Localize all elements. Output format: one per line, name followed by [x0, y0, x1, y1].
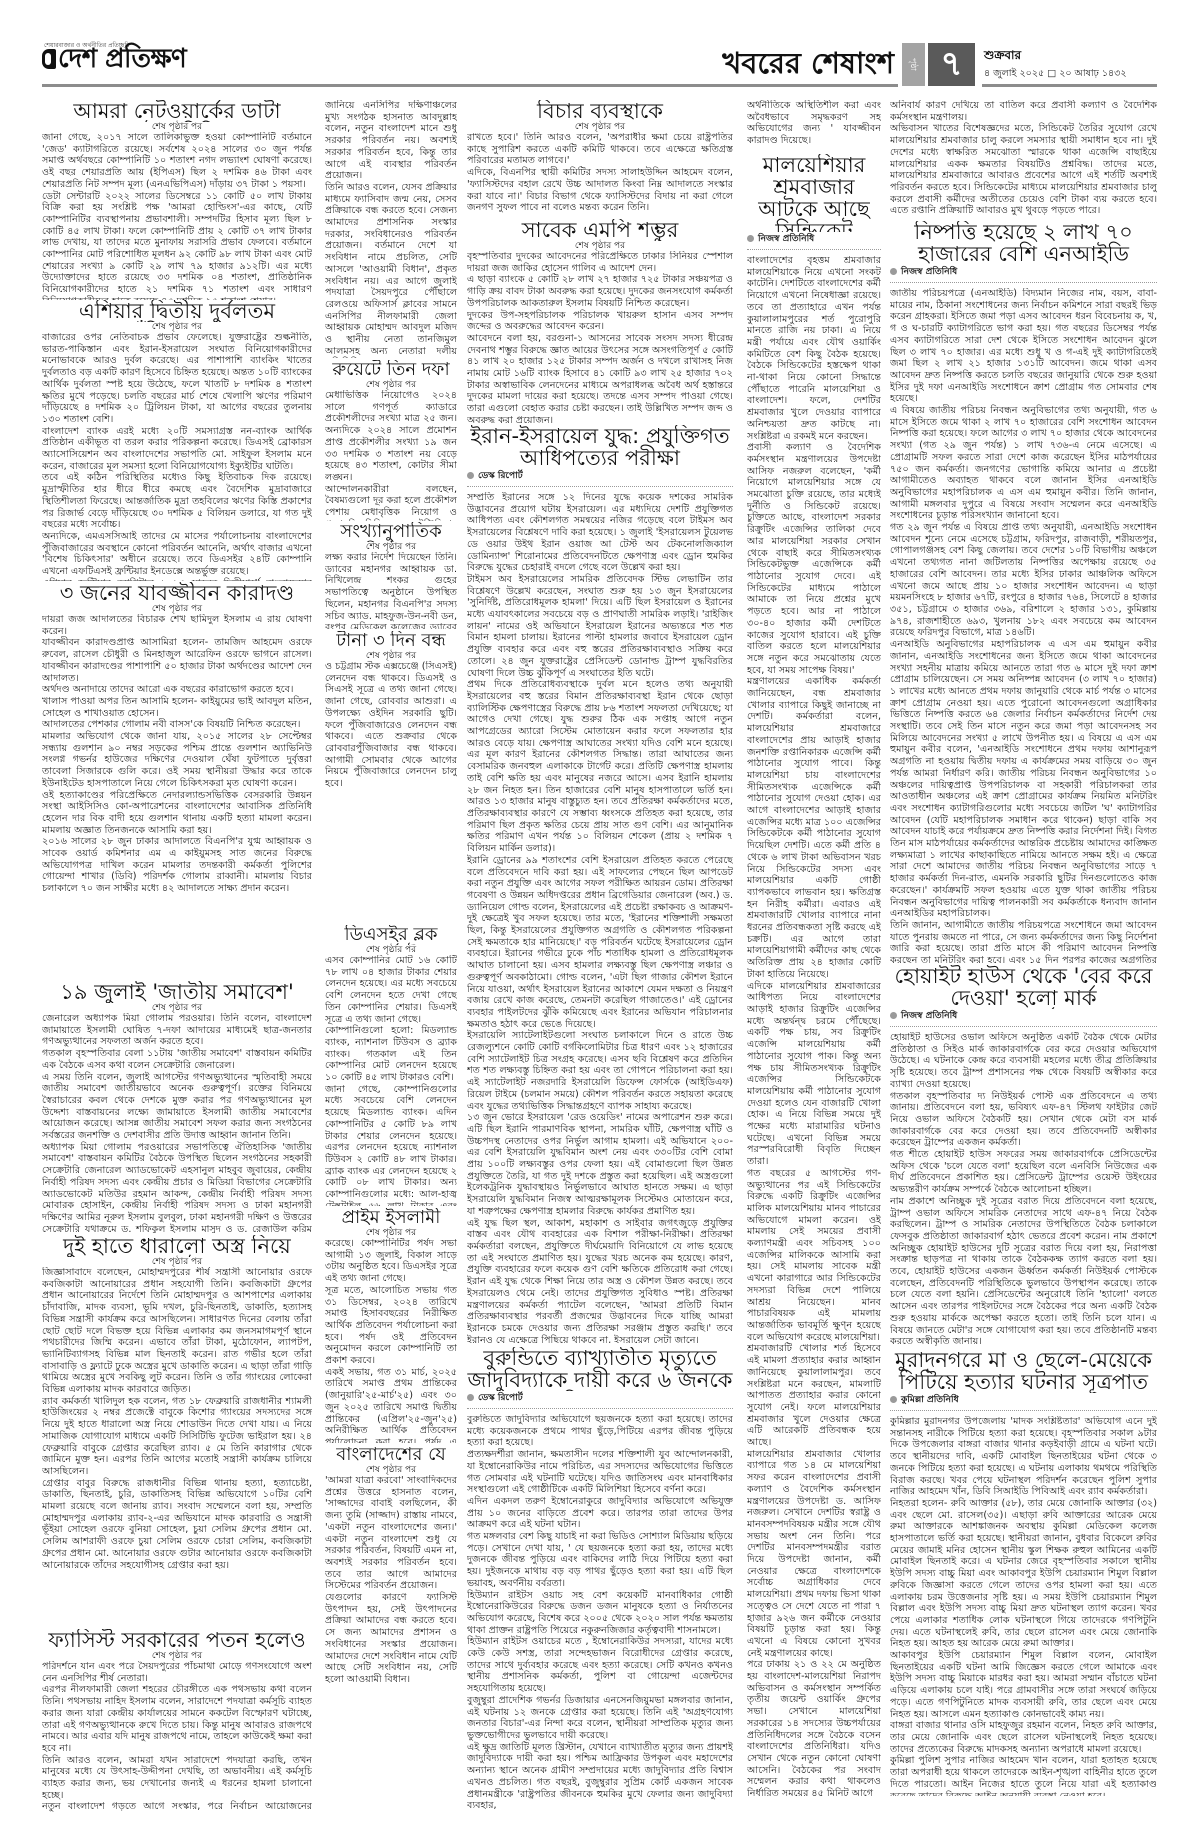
- paragraph: নতুন বাংলাদেশ গড়তে আগে সংস্কার, পরে নির…: [42, 1801, 312, 1814]
- paragraph: যাবজ্জীবন কারাদণ্ডপ্রাপ্ত আসামিরা হলেন- …: [42, 637, 312, 684]
- bullet-icon: [467, 472, 474, 479]
- bullet-icon: [890, 268, 897, 275]
- article-headline[interactable]: বুরুন্ডিতে ব্যাখ্যাতীত মৃত্যুতে জাদুবিদ্…: [467, 1347, 733, 1391]
- article-headline[interactable]: সংখ্যানুপাতিক নির্বাচন: [325, 522, 457, 542]
- article-headline[interactable]: প্রাইম ইসলামী লাইফ: [325, 1208, 457, 1228]
- paragraph: গ্রেপ্তার বাবুর বিরুদ্ধে রাজধানীর বিভিন্…: [42, 1478, 312, 1572]
- article-headline[interactable]: বাংলাদেশের যে: [325, 1445, 457, 1465]
- paragraph: গত ২৯ জুন পর্যন্ত এ বিষয়ে প্রাপ্ত তথ্য …: [890, 522, 1157, 639]
- article-headline[interactable]: দুই হাতে ধারালো অস্ত্র নিয়ে শোডাউন: [42, 1235, 312, 1257]
- article-body: জানা গেছে, ২০১৭ সালে তালিকাভুক্ত হওয়া ক…: [42, 132, 312, 300]
- paragraph: অধ্যাপক মিয়া গোলাম পরওয়ারের সভাপতিত্বে…: [42, 1142, 312, 1233]
- article-burundi-witchcraft: বুরুন্ডিতে ব্যাখ্যাতীত মৃত্যুতে জাদুবিদ্…: [467, 1347, 733, 1813]
- byline-text: নিজস্ব প্রতিনিধি: [901, 267, 957, 277]
- article-prime-islami-life: প্রাইম ইসলামী লাইফ শেষ পৃষ্ঠার পর করেছে।…: [325, 1208, 457, 1443]
- continued-from-label: শেষ পৃষ্ঠার পর: [325, 1465, 457, 1475]
- article-zuckerberg-white-house: হোয়াইট হাউস থেকে 'বের করে দেওয়া' হলো ম…: [890, 965, 1157, 1346]
- paragraph: এদিন একদল তরুণ ইম্বোনেরাকুরে জাদুবিদ্যার…: [467, 1496, 733, 1531]
- paragraph: এ সময় তিনি বলেন, জুলাই আগস্টের গণঅভ্যুত…: [42, 1072, 312, 1142]
- paragraph: ইসরায়েলি স্যাটেলাইটগুলো সংঘাত চলাকালে দ…: [467, 1030, 733, 1112]
- paragraph: এনআইডি অনুবিভাগের মহাপরিচালক এ এস এম হুম…: [890, 639, 1157, 920]
- continued-from-label: শেষ পৃষ্ঠার পর: [325, 651, 457, 661]
- paragraph: লক্ষ্য করার নির্দেশ দিয়েছেন তিনি। ড্যাব…: [325, 552, 457, 629]
- article-headline[interactable]: ডিএসইর ব্লক মার্কেটে: [325, 925, 457, 945]
- paragraph: একই সভায়, গত ৩১ মার্চ, ২০২৫ তারিখে সমাপ…: [325, 1367, 457, 1443]
- paragraph: এ বিষয়ে জাতীয় পরিচয় নিবন্ধন অনুবিভাগে…: [890, 405, 1157, 522]
- page-label-badge: পৃষ্ঠা: [902, 43, 925, 86]
- article-dse-block-market: ডিএসইর ব্লক মার্কেটে শেষ পৃষ্ঠার পর এসব …: [325, 925, 457, 1206]
- byline-text: নিজস্ব প্রতিনিধি: [758, 234, 814, 244]
- article-nid-applications: নিষ্পত্তি হয়েছে ২ লাখ ৭০ হাজারের বেশি এ…: [890, 221, 1157, 963]
- paragraph: কোম্পানিগুলো হলো: মিডল্যান্ড ব্যাংক, ন্য…: [325, 1025, 457, 1084]
- continued-from-label: শেষ পৃষ্ঠার পর: [42, 1651, 312, 1661]
- article-continuation-ncp: জানিয়ে এনসিপির দক্ষিণাঞ্চলের মুখ্য সংগঠ…: [325, 100, 457, 358]
- continued-from-label: শেষ পৃষ্ঠার পর: [325, 542, 457, 552]
- paragraph: বৃহস্পতিবার দুদকের আবেদনের পরিপ্রেক্ষিতে…: [467, 251, 733, 274]
- paragraph: এশিয়ান ফ্রন্টিয়ার ক্যাপিটাল ২০২৫ সালের…: [42, 578, 312, 581]
- bullet-icon: [467, 1394, 474, 1401]
- article-body: জেনারেল অধ্যাপক মিয়া গোলাম পরওয়ার। তিন…: [42, 1013, 312, 1233]
- article-malaysia-labour-market: মালয়েশিয়ার শ্রমবাজার আটকে আছে সিন্ডিকে…: [747, 154, 881, 1813]
- byline: নিজস্ব প্রতিনিধি: [890, 265, 1157, 283]
- paragraph: কুমিল্লা পুলিশ সুপার নাজির আহমেদ খান বলে…: [890, 1755, 1157, 1796]
- continued-from-label: শেষ পৃষ্ঠার পর: [42, 322, 312, 332]
- article-iran-israel-war: ইরান-ইসরায়েল যুদ্ধ: প্রযুক্তিগত আধিপত্য…: [467, 425, 733, 1343]
- article-weapon-showdown: দুই হাতে ধারালো অস্ত্র নিয়ে শোডাউন শেষ …: [42, 1235, 312, 1627]
- continued-from-label: শেষ পৃষ্ঠার পর: [42, 122, 312, 132]
- paragraph: অর্থদণ্ড অনাদায়ে তাদের আরো এক বছরের কার…: [42, 684, 312, 696]
- paragraph: র‍্যাব কর্মকর্তা খালিদুল হক বলেন, গত ১৮ …: [42, 1396, 312, 1478]
- paragraph: পরে ঢাকায় ২১ ও ২২ মে অনুষ্ঠিত হয় বাংলা…: [747, 1659, 881, 1799]
- article-headline[interactable]: ইরান-ইসরায়েল যুদ্ধ: প্রযুক্তিগত আধিপত্য…: [467, 425, 733, 469]
- paragraph: তবে এই কঠিন পরিস্থিতির মধ্যেও কিছু ইতিবা…: [42, 472, 312, 531]
- article-body: রাখতে হবে।' তিনি আরও বলেন, 'অপরাধীর ক্ষম…: [467, 132, 733, 217]
- article-ruet-three-demands: রুয়েটে তিন দফা শেষ পৃষ্ঠার পর মেধাভিত্ত…: [325, 360, 457, 521]
- article-body: এসব কোম্পানির মোট ১৬ কোটি ৭৮ লাখ ০৪ হাজা…: [325, 955, 457, 1206]
- paragraph: রাখতে হবে।' তিনি আরও বলেন, 'অপরাধীর ক্ষম…: [467, 132, 733, 167]
- article-fascist-govt-fall: ফ্যাসিস্ট সরকারের পতন হলেও শেষ পৃষ্ঠার প…: [42, 1629, 312, 1814]
- logo-emblem-icon: [42, 49, 56, 69]
- article-body: বৃহস্পতিবার দুদকের আবেদনের পরিপ্রেক্ষিতে…: [467, 251, 733, 423]
- paragraph: এরপর নীলফামারী জেলা শহরের চৌরঙ্গীতে এক প…: [42, 1684, 312, 1754]
- article-headline[interactable]: ১৯ জুলাই 'জাতীয় সমাবেশ' সফল: [42, 981, 312, 1003]
- article-body: লক্ষ্য করার নির্দেশ দিয়েছেন তিনি। ড্যাব…: [325, 552, 457, 629]
- continued-from-label: শেষ পৃষ্ঠার পর: [325, 380, 457, 390]
- newspaper-page: শেয়ারবাজার ও অর্থনীতির প্রতিচ্ছবি দেশ প…: [0, 0, 1200, 1843]
- paragraph: অনিবার্য কারণ দেখিয়ে তা বাতিল করে প্রবা…: [890, 100, 1157, 123]
- article-headline[interactable]: সাবেক এমপি শম্ভুর: [467, 219, 733, 241]
- article-headline[interactable]: মুরাদনগরে মা ও ছেলে-মেয়েকে পিটিয়ে হত্য…: [890, 1349, 1157, 1393]
- paragraph: জাতীয় পরিচয়পত্রে (এনআইডি) বিদ্যমান নিজ…: [890, 288, 1157, 405]
- byline: ডেস্ক রিপোর্ট: [467, 469, 733, 487]
- paragraph: বুজুম্বুরা প্রাদেশিক গভর্নর ডিজায়ার এনস…: [467, 1695, 733, 1742]
- article-headline[interactable]: বিচার ব্যবস্থাকে: [467, 100, 733, 122]
- paragraph: বাজারের ওপর নেতিবাচক প্রভাব ফেলেছে। যুক্…: [42, 332, 312, 426]
- continued-from-label: শেষ পৃষ্ঠার পর: [325, 945, 457, 955]
- article-body: জানিয়ে এনসিপির দক্ষিণাঞ্চলের মুখ্য সংগঠ…: [325, 100, 457, 358]
- byline: নিজস্ব প্রতিনিধি: [747, 232, 881, 250]
- paragraph: ইরানি ড্রোনের ৯৯ শতাংশের বেশি ইসরায়েল প…: [467, 855, 733, 1031]
- article-asia-weak-market: এশিয়ার দ্বিতীয় দুর্বলতম পুঁজিবাজার শেষ…: [42, 300, 312, 581]
- paragraph: নিহতরা হলেন- রুবি আক্তার (৫৮), তার মেয়ে…: [890, 1498, 1157, 1650]
- paragraph: ওই হত্যাকাণ্ডের পরিপ্রেক্ষিতে নেদারল্যান…: [42, 790, 312, 837]
- paragraph: সম্প্রতি ইরানের সঙ্গে ১২ দিনের যুদ্ধে কয…: [467, 492, 733, 574]
- paragraph: সূত্র মতে, আলোচিত সভায় গত ৩১ ডিসেম্বর, …: [325, 1285, 457, 1367]
- paragraph: হিউম্যান রাইটস ওয়াচের মতে , ইম্বোনেরাকি…: [467, 1636, 733, 1695]
- paragraph: মেধাভিত্তিক নিয়োগেও ২০২৪ সালে গণপূর্ত ক…: [325, 390, 457, 484]
- issue-day: শুক্রবার: [984, 47, 1021, 67]
- paragraph: বাংলাদেশের বৃহত্তম শ্রমবাজার মালয়েশিয়া…: [747, 255, 881, 442]
- article-former-mp-shambhu: সাবেক এমপি শম্ভুর শেষ পৃষ্ঠার পর বৃহস্পত…: [467, 219, 733, 423]
- article-body: জাতীয় পরিচয়পত্রে (এনআইডি) বিদ্যমান নিজ…: [890, 288, 1157, 963]
- paragraph: দুদকের উপ-সহপরিচালক পরিচালক খায়রুল হাসা…: [467, 310, 733, 333]
- article-new-bangladesh: বাংলাদেশের যে শেষ পৃষ্ঠার পর 'আমরা যাত্র…: [325, 1445, 457, 1813]
- paragraph: আন্দোলনকারীরা বলছেন, বৈষম্যগুলো দূর করা …: [325, 484, 457, 521]
- article-market-closed-3-days: টানা ৩ দিন বন্ধ শেষ পৃষ্ঠার পর ও চট্টগ্র…: [325, 631, 457, 923]
- byline: ডেস্ক রিপোর্ট: [467, 1391, 733, 1409]
- paragraph: এদিকে, বিএনপির স্থায়ী কমিটির সদস্য সালা…: [467, 167, 733, 214]
- article-muradnagar-killing: মুরাদনগরে মা ও ছেলে-মেয়েকে পিটিয়ে হত্য…: [890, 1349, 1157, 1796]
- paragraph: করেছে। কোম্পানিটির পর্ষদ সভা আগামী ১৩ জু…: [325, 1238, 457, 1285]
- issue-date: ৪ জুলাই ২০২৫ □ ২০ আষাঢ় ১৪৩২: [984, 67, 1127, 82]
- bullet-icon: [890, 1012, 897, 1019]
- bullet-icon: [890, 1396, 897, 1403]
- paragraph: এদিকে মালয়েশিয়ার শ্রমবাজারের আধিপত্য ন…: [747, 981, 881, 1168]
- paragraph: হোয়াইট হাউসের ওভাল অফিসে অনুষ্ঠিত একটি …: [890, 1032, 1157, 1091]
- paragraph: আকাবপুর ইউপি চেয়ারম্যান শিমুল বিল্লাল ব…: [890, 1650, 1157, 1720]
- article-body: অনিবার্য কারণ দেখিয়ে তা বাতিল করে প্রবা…: [890, 100, 1157, 218]
- article-data-center-sale: আমরা নেটওয়ার্কের ডাটা সেন্টার বিক্রির শ…: [42, 100, 312, 300]
- paragraph: যেগুলোর কারণে ফ্যাসিস্ট উৎপাদন হয়, সেই …: [325, 1592, 457, 1686]
- paragraph: জানা গেছে, কোম্পানিগুলোর মধ্যে সবচেয়ে ব…: [325, 1084, 457, 1206]
- byline-text: নিজস্ব প্রতিনিধি: [901, 1011, 957, 1021]
- continued-from-label: শেষ পৃষ্ঠার পর: [42, 604, 312, 614]
- paragraph: মামলার অভিযোগ থেকে জানা যায়, ২০১৫ সালের…: [42, 731, 312, 790]
- paragraph: মন্ত্রণালয়ের একাধিক কর্মকর্তা জানিয়েছে…: [747, 676, 881, 980]
- paragraph: জানা গেছে, ২০১৭ সালে তালিকাভুক্ত হওয়া ক…: [42, 132, 312, 191]
- byline-text: ডেস্ক রিপোর্ট: [478, 471, 523, 481]
- continued-from-label: শেষ পৃষ্ঠার পর: [42, 1257, 312, 1267]
- article-national-rally: ১৯ জুলাই 'জাতীয় সমাবেশ' সফল শেষ পৃষ্ঠার…: [42, 981, 312, 1233]
- article-body: সম্প্রতি ইরানের সঙ্গে ১২ দিনের যুদ্ধে কয…: [467, 492, 733, 1343]
- paragraph: তিনি জানান, আগামীতে জাতীয় পরিচয়পত্রে স…: [890, 920, 1157, 963]
- article-headline[interactable]: টানা ৩ দিন বন্ধ: [325, 631, 457, 651]
- paragraph: আবেদনে বলা হয়, বরগুনা-১ আসনের সাবেক সংস…: [467, 333, 733, 423]
- article-judiciary: বিচার ব্যবস্থাকে শেষ পৃষ্ঠার পর রাখতে হব…: [467, 100, 733, 217]
- paragraph: অন্যদিকে, এমএসসিআই তাদের মে মাসের পর্যাল…: [42, 531, 312, 578]
- masthead-rule-left: [42, 84, 898, 87]
- article-body: মেধাভিত্তিক নিয়োগেও ২০২৪ সালে গণপূর্ত ক…: [325, 390, 457, 521]
- page-number-badge: ৭: [928, 43, 975, 86]
- byline: নিজস্ব প্রতিনিধি: [890, 1009, 1157, 1027]
- article-proportional-election: সংখ্যানুপাতিক নির্বাচন শেষ পৃষ্ঠার পর লক…: [325, 522, 457, 629]
- paragraph: অভিবাসন খাতের বিশেষজ্ঞদের মতে, সিন্ডিকেট…: [890, 123, 1157, 217]
- paragraph: বুরুন্ডিতে জাদুবিদ্যার অভিযোগে ছয়জনকে হ…: [467, 1414, 733, 1449]
- paragraph: গত বছরের ৫ আগস্টের গণ-অভ্যুত্থানের পর এই…: [747, 1168, 881, 1344]
- paragraph: তিনি আরও বলেন, আমরা যখন সারাদেশে পদযাত্র…: [42, 1755, 312, 1802]
- continued-from-label: শেষ পৃষ্ঠার পর: [467, 122, 733, 132]
- paragraph: গতকাল বৃহস্পতিবার বেলা ১১টায় 'জাতীয় সম…: [42, 1048, 312, 1071]
- article-headline[interactable]: আমরা নেটওয়ার্কের ডাটা সেন্টার বিক্রির: [42, 100, 312, 122]
- article-headline[interactable]: নিষ্পত্তি হয়েছে ২ লাখ ৭০ হাজারের বেশি এ…: [890, 221, 1157, 265]
- article-body: 'আমরা যাত্রা করবো' সাংবাদিকদের প্রশ্নের …: [325, 1475, 457, 1813]
- article-headline[interactable]: ৩ জনের যাবজ্জীবন কারাদণ্ড: [42, 582, 312, 604]
- byline: কুমিল্লা প্রতিনিধি: [890, 1393, 1157, 1411]
- article-continuation-sentence: অর্থনীতিকে অস্থিতিশীল করা এবং অবৈধভাবে স…: [747, 100, 881, 152]
- bullet-icon: [747, 235, 754, 242]
- paragraph: গত মঙ্গলবার বেশ কিছু যাচাই না করা ভিডিও …: [467, 1531, 733, 1590]
- continued-from-label: শেষ পৃষ্ঠার পর: [467, 241, 733, 251]
- newspaper-logo[interactable]: দেশ প্রতিক্ষণ: [42, 46, 186, 72]
- article-body: হোয়াইট হাউসের ওভাল অফিসে অনুষ্ঠিত একটি …: [890, 1032, 1157, 1346]
- article-body: বুরুন্ডিতে জাদুবিদ্যার অভিযোগে ছয়জনকে হ…: [467, 1414, 733, 1813]
- article-body: দায়রা জজ আদালতের বিচারক শেখ ছামিদুল ইসল…: [42, 614, 312, 979]
- paragraph: বাংলাদেশ ব্যাংক এরই মধ্যে ২০টি সমস্যাগ্র…: [42, 426, 312, 473]
- article-body: করেছে। কোম্পানিটির পর্ষদ সভা আগামী ১৩ জু…: [325, 1238, 457, 1443]
- paragraph: ২০১৬ সালের ২৮ জুন ঢাকার আদালতে বিএনপি'র …: [42, 836, 312, 895]
- paragraph: ১৩ জুন ভোরে ইসরায়েল 'রেড ওয়েডিং' নামের…: [467, 1112, 733, 1217]
- article-body: বাংলাদেশের বৃহত্তম শ্রমবাজার মালয়েশিয়া…: [747, 255, 881, 1813]
- article-headline[interactable]: হোয়াইট হাউস থেকে 'বের করে দেওয়া' হলো ম…: [890, 965, 1157, 1009]
- article-body: অর্থনীতিকে অস্থিতিশীল করা এবং অবৈধভাবে স…: [747, 100, 881, 152]
- paragraph: আদালতের পেশকার গোলাম নবী বাসস'কে বিষয়টি…: [42, 719, 312, 731]
- paragraph: এ ছাড়া ব্যাংকে ৫ কোটি ২৮ লাখ ২৭ হাজার ৭…: [467, 274, 733, 309]
- masthead-rule-right: [982, 84, 1157, 87]
- article-body: বাজারের ওপর নেতিবাচক প্রভাব ফেলেছে। যুক্…: [42, 332, 312, 581]
- logo-text: দেশ প্রতিক্ষণ: [58, 46, 186, 72]
- paragraph: গত শীতে হোয়াইট হাউস সফরের সময় জাকারবার…: [890, 1149, 1157, 1196]
- continued-from-label: শেষ পৃষ্ঠার পর: [42, 1003, 312, 1013]
- article-body: কুমিল্লার মুরাদনগর উপজেলায় 'মাদক সংশ্লি…: [890, 1416, 1157, 1796]
- article-body: ও চট্টগ্রাম স্টক এক্সচেঞ্জে (সিএসই) লেনদ…: [325, 661, 457, 923]
- article-continuation-migration: অনিবার্য কারণ দেখিয়ে তা বাতিল করে প্রবা…: [890, 100, 1157, 218]
- paragraph: পরিদর্শনে যান এবং পরে সৈয়দপুরের পাঁচমাথ…: [42, 1661, 312, 1684]
- paragraph: অর্থনীতিকে অস্থিতিশীল করা এবং অবৈধভাবে স…: [747, 100, 881, 147]
- continued-from-label: শেষ পৃষ্ঠার পর: [325, 1228, 457, 1238]
- article-body: পরিদর্শনে যান এবং পরে সৈয়দপুরের পাঁচমাথ…: [42, 1661, 312, 1814]
- paragraph: মালয়েশিয়ার শ্রমবাজার খোলার ব্যাপারে গত…: [747, 1449, 881, 1660]
- paragraph: প্রত্যক্ষদর্শীরা জানান, ক্ষমতাসীন দলের শ…: [467, 1449, 733, 1496]
- paragraph: জানিয়ে এনসিপির দক্ষিণাঞ্চলের মুখ্য সংগঠ…: [325, 100, 457, 182]
- byline-text: কুমিল্লা প্রতিনিধি: [901, 1395, 959, 1405]
- article-headline[interactable]: এশিয়ার দ্বিতীয় দুর্বলতম পুঁজিবাজার: [42, 300, 312, 322]
- paragraph: টাইমস অব ইসরায়েলের সামরিক প্রতিবেদক স্ট…: [467, 574, 733, 679]
- paragraph: প্রবাসী কল্যাণ ও বৈদেশিক কর্মসংস্থান মন্…: [747, 442, 881, 676]
- article-body: জিজ্ঞাসাবাদে বলেছেন, মোহাম্মদপুরের শীর্ষ…: [42, 1267, 312, 1627]
- article-headline[interactable]: ফ্যাসিস্ট সরকারের পতন হলেও: [42, 1629, 312, 1651]
- paragraph: এসব কোম্পানির মোট ১৬ কোটি ৭৮ লাখ ০৪ হাজা…: [325, 955, 457, 1025]
- paragraph: ও চট্টগ্রাম স্টক এক্সচেঞ্জে (সিএসই) লেনদ…: [325, 661, 457, 790]
- paragraph: কুমিল্লার মুরাদনগর উপজেলায় 'মাদক সংশ্লি…: [890, 1416, 1157, 1498]
- paragraph: জিজ্ঞাসাবাদে বলেছেন, মোহাম্মদপুরের শীর্ষ…: [42, 1267, 312, 1396]
- article-headline[interactable]: মালয়েশিয়ার শ্রমবাজার আটকে আছে সিন্ডিকে…: [747, 154, 881, 232]
- section-title: খবরের শেষাংশ: [722, 44, 894, 82]
- paragraph: গতকাল বৃহস্পতিবার দ্য নিউইয়র্ক পোস্ট এক…: [890, 1091, 1157, 1150]
- paragraph: খালাস পাওয়া অপর তিন আসামি হলেন- কাইয়ুম…: [42, 696, 312, 719]
- paragraph: হিউম্যান রাইটস ওয়াচ সহ বেশ কয়েকটি মানব…: [467, 1590, 733, 1637]
- paragraph: ডেটা সেন্টারটি ২০২২ সালের ডিসেম্বরে ১১ ক…: [42, 191, 312, 300]
- paragraph: দায়রা জজ আদালতের বিচারক শেখ ছামিদুল ইসল…: [42, 614, 312, 637]
- paragraph: জেনারেল অধ্যাপক মিয়া গোলাম পরওয়ার। তিন…: [42, 1013, 312, 1048]
- article-life-sentence: ৩ জনের যাবজ্জীবন কারাদণ্ড শেষ পৃষ্ঠার পর…: [42, 582, 312, 979]
- paragraph: প্রথম দিকে প্রতিরোধব্যবস্থাকে দুর্বল মনে…: [467, 679, 733, 855]
- paragraph: বাঙ্গরা বাজার থানার ওসি মাহফুজুর রহমান ব…: [890, 1720, 1157, 1755]
- article-headline[interactable]: রুয়েটে তিন দফা: [325, 360, 457, 380]
- paragraph: নাম প্রকাশে অনিচ্ছুক দুই সূত্রের বরাত দি…: [890, 1196, 1157, 1346]
- paragraph: শ্রমবাজারটি খোলার শর্ত হিসেবে এই মামলা প…: [747, 1343, 881, 1448]
- paragraph: 'আমরা যাত্রা করবো' সাংবাদিকদের প্রশ্নের …: [325, 1475, 457, 1592]
- paragraph: এই যুদ্ধ ছিল স্থল, আকাশ, মহাকাশ ও সাইবার…: [467, 1218, 733, 1343]
- byline-text: ডেস্ক রিপোর্ট: [478, 1393, 523, 1403]
- paragraph: তিনি আরও বলেন, যেসব প্রক্রিয়ার মাধ্যমে …: [325, 182, 457, 358]
- paragraph: এই ক্ষুদ্র জাতিটি মূলত খ্রিস্টান, যেখানে…: [467, 1742, 733, 1812]
